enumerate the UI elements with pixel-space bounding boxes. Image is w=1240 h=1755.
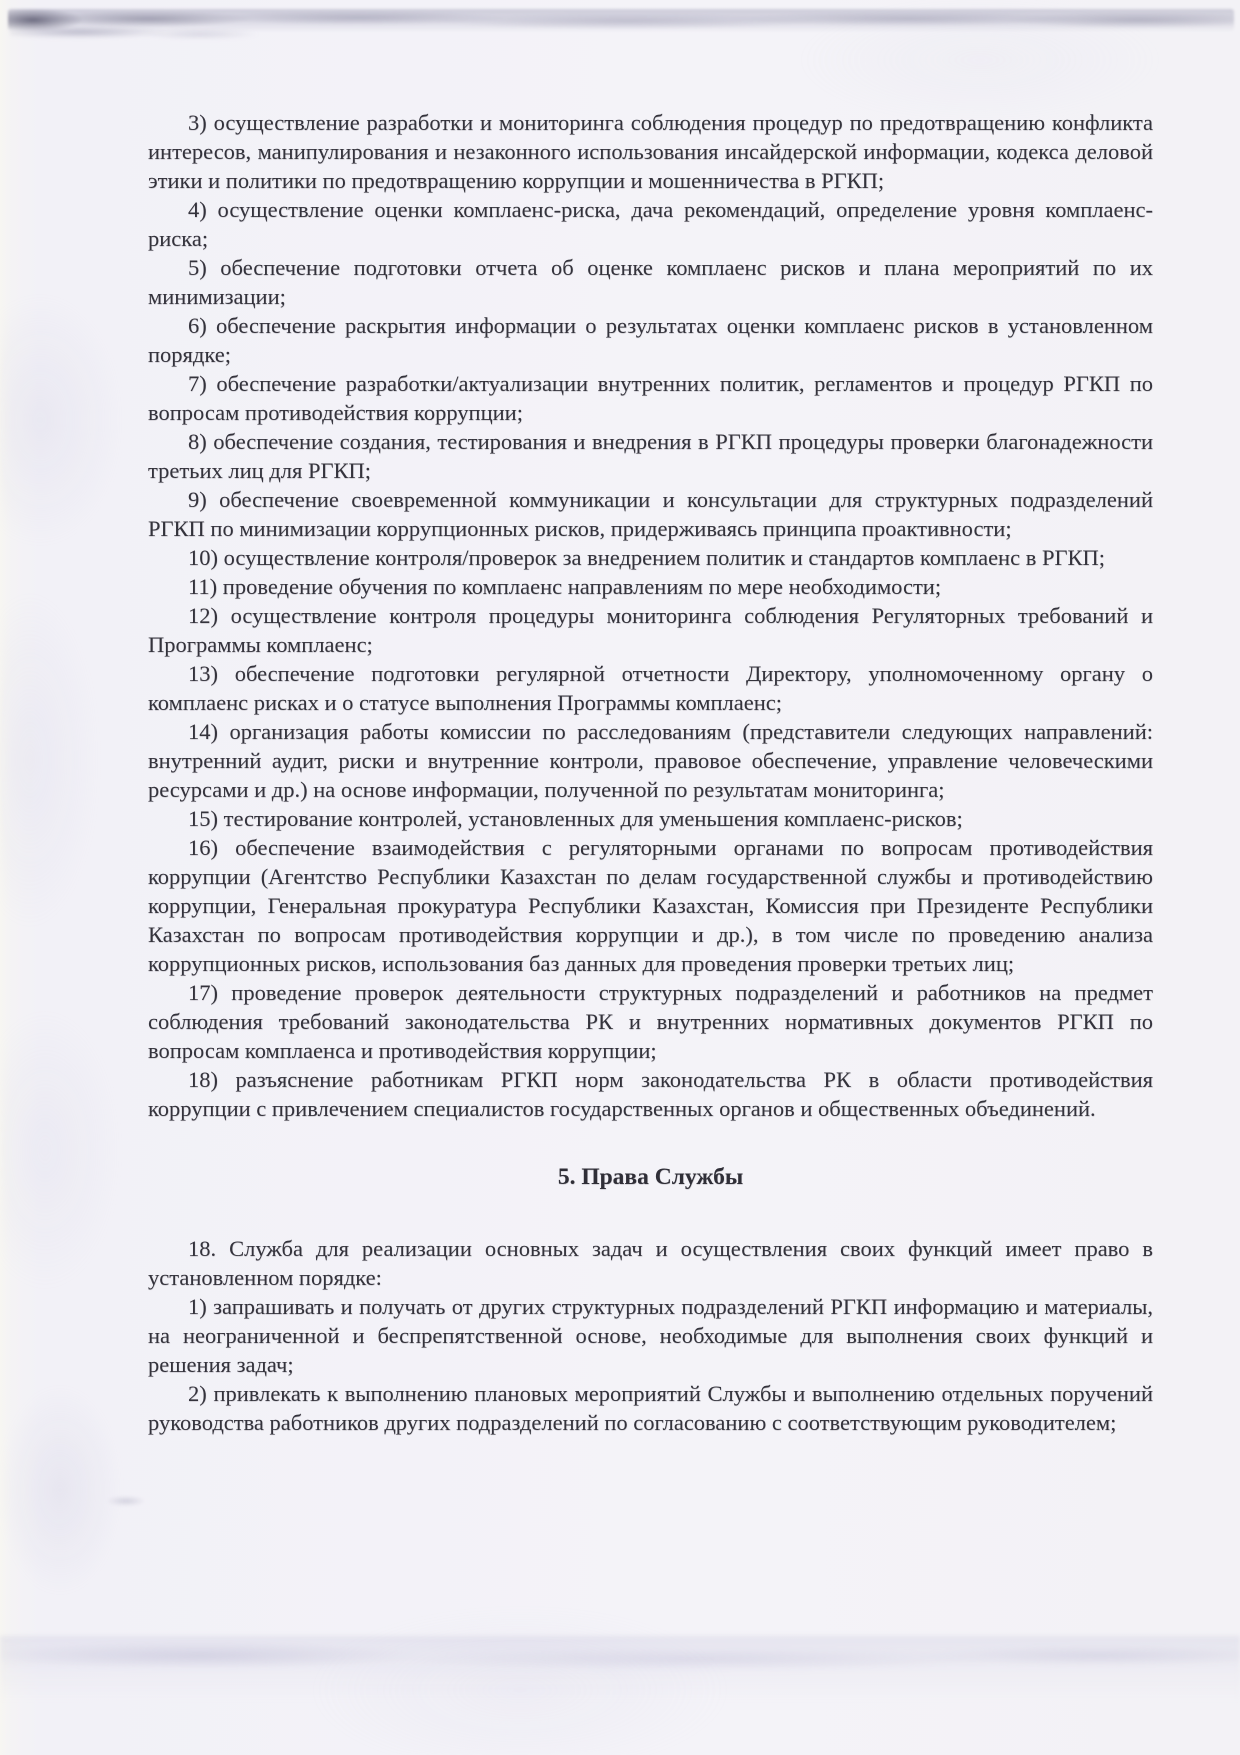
function-item-13: 13) обеспечение подготовки регулярной от… [148, 659, 1153, 717]
scan-artifact-top-blob [10, 25, 270, 43]
function-item-5: 5) обеспечение подготовки отчета об оцен… [148, 253, 1153, 311]
document-text-block: 3) осуществление разработки и мониторинг… [148, 108, 1153, 1437]
function-item-10: 10) осуществление контроля/проверок за в… [148, 543, 1153, 572]
function-item-9: 9) обеспечение своевременной коммуникаци… [148, 485, 1153, 543]
scan-artifact-smudge [96, 1492, 156, 1510]
function-item-7: 7) обеспечение разработки/актуализации в… [148, 369, 1153, 427]
rights-item-1: 1) запрашивать и получать от других стру… [148, 1292, 1153, 1379]
scan-artifact-bottom-band [0, 1636, 1240, 1702]
function-item-6: 6) обеспечение раскрытия информации о ре… [148, 311, 1153, 369]
function-item-14: 14) организация работы комиссии по рассл… [148, 717, 1153, 804]
section-5-heading: 5. Права Службы [148, 1163, 1153, 1192]
function-item-11: 11) проведение обучения по комплаенс нап… [148, 572, 1153, 601]
scanned-document-page: 3) осуществление разработки и мониторинг… [0, 0, 1240, 1755]
function-item-16: 16) обеспечение взаимодействия с регулят… [148, 833, 1153, 978]
function-item-8: 8) обеспечение создания, тестирования и … [148, 427, 1153, 485]
function-item-17: 17) проведение проверок деятельности стр… [148, 978, 1153, 1065]
function-item-4: 4) осуществление оценки комплаенс-риска,… [148, 195, 1153, 253]
function-item-3: 3) осуществление разработки и мониторинг… [148, 108, 1153, 195]
rights-intro: 18. Служба для реализации основных задач… [148, 1234, 1153, 1292]
function-item-15: 15) тестирование контролей, установленны… [148, 804, 1153, 833]
function-item-12: 12) осуществление контроля процедуры мон… [148, 601, 1153, 659]
rights-item-2: 2) привлекать к выполнению плановых меро… [148, 1379, 1153, 1437]
function-item-18: 18) разъяснение работникам РГКП норм зак… [148, 1065, 1153, 1123]
